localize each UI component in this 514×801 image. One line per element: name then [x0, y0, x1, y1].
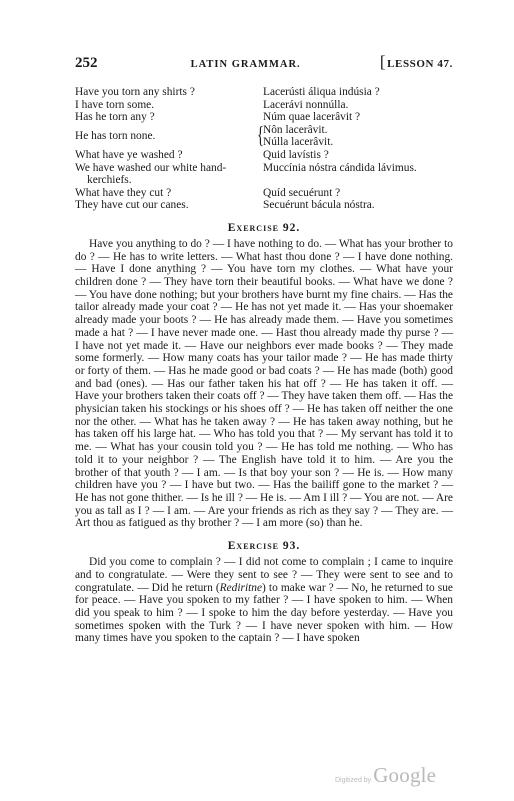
running-head: 252 Latin Grammar. [Lesson 47. [75, 52, 453, 72]
vocab-row: I have torn some. Lacerávi nonnúlla. [75, 99, 453, 112]
vocab-row: Have you torn any shirts ? Lacerústi áli… [75, 86, 453, 99]
latin-phrase: Muccínia nóstra cándida lávimus. [257, 162, 453, 187]
watermark-prefix: Digitized by [335, 777, 371, 784]
digitized-watermark: Digitized by Google [335, 763, 436, 788]
exercise-92-title: Exercise 92. [75, 222, 453, 234]
latin-phrase: Núm quae lacerâvit ? [257, 111, 453, 124]
english-phrase: What have ye washed ? [75, 149, 257, 162]
english-phrase-line: We have washed our white hand- [75, 162, 257, 175]
exercise-92-body: Have you anything to do ? — I have nothi… [75, 238, 453, 530]
english-phrase-continuation: kerchiefs. [75, 174, 257, 187]
lesson-bracket: [ [380, 52, 386, 71]
book-title: Latin Grammar. [191, 59, 301, 70]
latin-phrase: Nôn lacerâvit. [263, 124, 333, 137]
exercise-93-title: Exercise 93. [75, 540, 453, 552]
latin-phrase: Núlla lacerâvit. [263, 136, 333, 149]
latin-phrase: Secuérunt bácula nóstra. [257, 199, 453, 212]
latin-phrase: Lacerávi nonnúlla. [257, 99, 453, 112]
english-phrase: He has torn none. [75, 124, 257, 149]
english-phrase: Has he torn any ? [75, 111, 257, 124]
vocab-row: What have they cut ? Quíd secuérunt ? [75, 187, 453, 200]
brace-icon: { [257, 124, 261, 149]
latin-gloss: Rediritne [220, 582, 262, 594]
latin-phrase: Quid lavístis ? [257, 149, 453, 162]
lesson-label: [Lesson 47. [380, 52, 453, 72]
vocabulary-table: Have you torn any shirts ? Lacerústi áli… [75, 86, 453, 212]
vocab-row: We have washed our white hand- kerchiefs… [75, 162, 453, 187]
vocab-row: Has he torn any ? Núm quae lacerâvit ? [75, 111, 453, 124]
vocab-row: He has torn none. { Nôn lacerâvit. Núlla… [75, 124, 453, 149]
latin-phrase: Lacerústi áliqua indúsia ? [257, 86, 453, 99]
vocab-row: What have ye washed ? Quid lavístis ? [75, 149, 453, 162]
vocab-row: They have cut our canes. Secuérunt bácul… [75, 199, 453, 212]
english-phrase: What have they cut ? [75, 187, 257, 200]
page-number: 252 [75, 55, 98, 72]
exercise-93-body: Did you come to complain ? — I did not c… [75, 556, 453, 645]
english-phrase: I have torn some. [75, 99, 257, 112]
latin-phrase: Quíd secuérunt ? [257, 187, 453, 200]
google-logo: Google [373, 763, 436, 788]
lesson-text: Lesson 47. [387, 58, 453, 70]
latin-alternatives: { Nôn lacerâvit. Núlla lacerâvit. [257, 124, 453, 149]
english-phrase: We have washed our white hand- kerchiefs… [75, 162, 257, 187]
english-phrase: Have you torn any shirts ? [75, 86, 257, 99]
book-page: 252 Latin Grammar. [Lesson 47. Have you … [75, 52, 453, 645]
english-phrase: They have cut our canes. [75, 199, 257, 212]
